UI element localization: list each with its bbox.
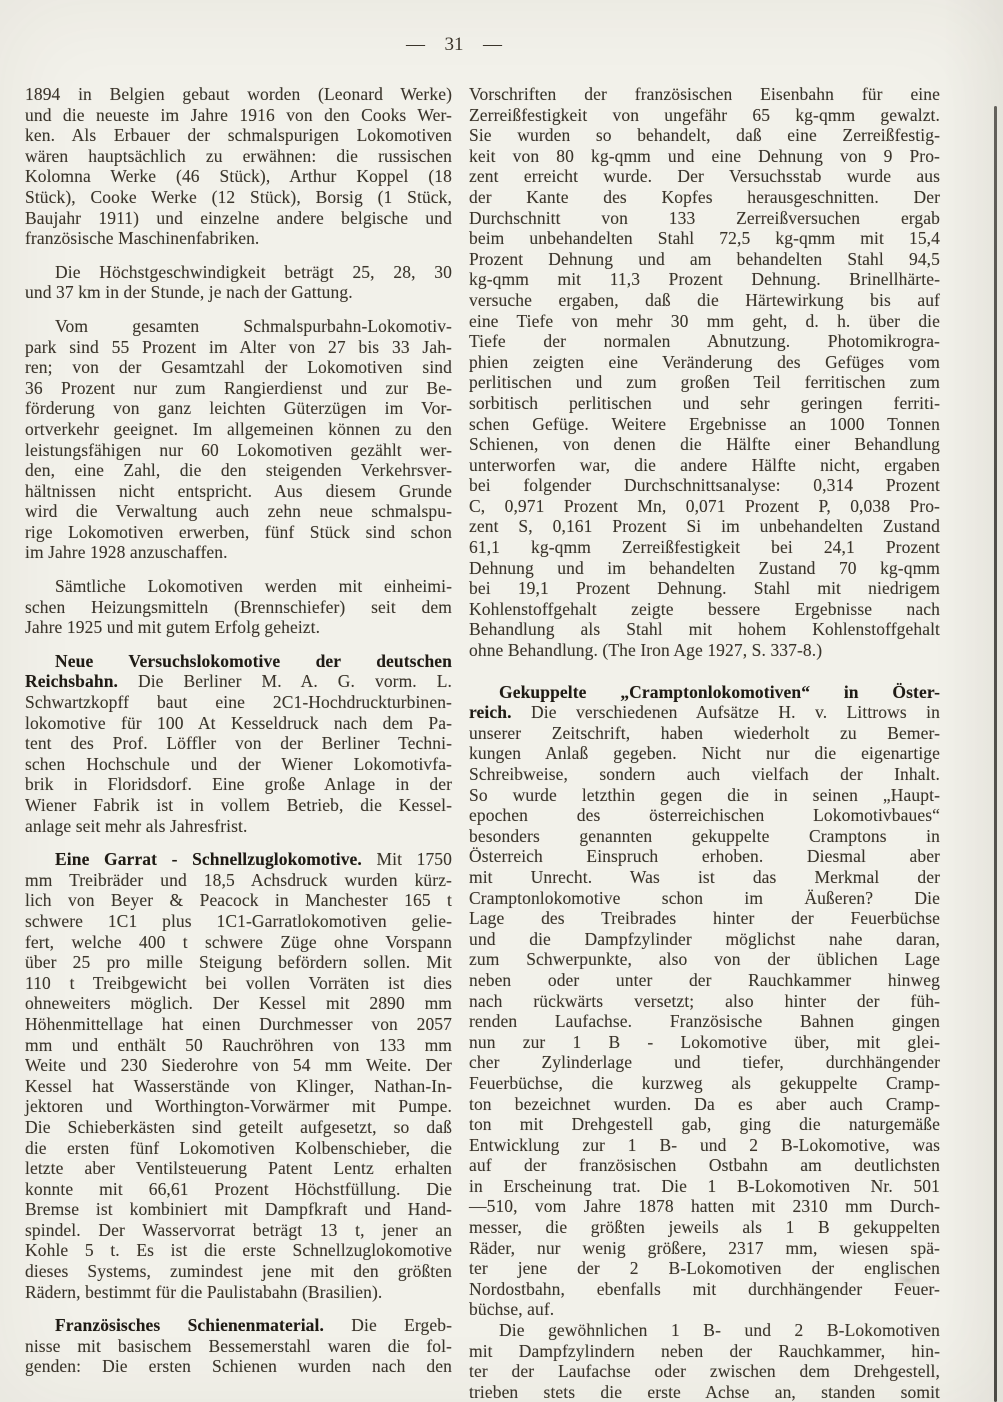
text-line: Höhenmittellage hat einen Durchmesser vo… [25,1014,452,1035]
text-line: unterworfen war, die andere Hälfte nicht… [469,455,940,476]
paragraph: Gekuppelte „Cramptonlokomotiven“ in Öste… [469,682,940,1320]
text-line: Reichsbahn. Die Berliner M. A. G. vorm. … [25,671,452,692]
text-line: park sind 55 Prozent im Alter von 27 bis… [25,337,452,358]
text-line: Behandlung als Stahl mit hohem Kohlensto… [469,619,940,640]
text-line: Gekuppelte „Cramptonlokomotiven“ in Öste… [469,682,940,703]
text-line: Vom gesamten Schmalspurbahn-Lokomotiv- [25,316,452,337]
text-line: kg-qmm mit 11,3 Prozent Dehnung. Brinell… [469,269,940,290]
text-line: Bremse ist kombiniert mit Dampfkraft und… [25,1199,452,1220]
text-line: ohne Behandlung. (The Iron Age 1927, S. … [469,640,940,661]
paragraph-lead-bold: Eine Garrat - Schnellzuglokomotive. [55,849,362,869]
text-line: Französisches Schienenmaterial. Die Erge… [25,1315,452,1336]
text-line: jektoren und Worthington-Vorwärmer mit P… [25,1096,452,1117]
text-line: französische Maschinenfabriken. [25,228,452,249]
text-line: phien zeigten eine Veränderung des Gefüg… [469,352,940,373]
text-line: schen Hochschule und der Wiener Lokomoti… [25,754,452,775]
header-dash-right: — [483,34,502,56]
text-line: Sie wurden so behandelt, daß eine Zerrei… [469,125,940,146]
text-line: brik in Floridsdorf. Eine große Anlage i… [25,774,452,795]
text-line: leistungsfähigen nur 60 Lokomotiven gezä… [25,440,452,461]
paragraph: Sämtliche Lokomotiven werden mit einheim… [25,576,452,638]
text-line: Österreich Einspruch erhoben. Diesmal ab… [469,846,940,867]
paragraph: Vom gesamten Schmalspurbahn-Lokomotiv-pa… [25,316,452,563]
text-line: bei 19,1 Prozent Dehnung. Stahl mit nied… [469,578,940,599]
text-line: 110 t Treibgewicht bei vollen Vorräten i… [25,973,452,994]
paragraph: Die Höchstgeschwindigkeit beträgt 25, 28… [25,262,452,303]
text-line: der Kante des Kopfes herausgeschnitten. … [469,187,940,208]
text-line: Schwartzkopff baut eine 2C1-Hochdrucktur… [25,692,452,713]
text-line: zum Schwerpunkte, also von der üblichen … [469,949,940,970]
text-line: Die gewöhnlichen 1 B- und 2 B-Lokomotive… [469,1320,940,1341]
text-line: ren; von der Gesamtzahl der Lokomotiven … [25,357,452,378]
text-line: cher Zylinderlage und tiefer, durchhänge… [469,1052,940,1073]
text-line: Cramptonlokomotive schon im Äußeren? Die [469,888,940,909]
text-line: hältnissen nicht entspricht. Aus diesem … [25,481,452,502]
text-line: Weite und 230 Siederohre von 54 mm Weite… [25,1055,452,1076]
text-line: letzte aber Ventilsteuerung Patent Lentz… [25,1158,452,1179]
text-line: dieses Systems, zumindest jene mit den g… [25,1261,452,1282]
text-line: nach rückwärts versetzt; also hinter der… [469,991,940,1012]
paragraph: Die gewöhnlichen 1 B- und 2 B-Lokomotive… [469,1320,940,1402]
text-line: Jahre 1925 und mit gutem Erfolg geheizt. [25,617,452,638]
scan-edge-line [994,106,997,1402]
paragraph-lead-bold: reich. [469,702,512,722]
text-line: Nordostbahn, ebenfalls mit durchhängende… [469,1279,940,1300]
text-line: sorbitisch perlitischen und sehr geringe… [469,393,940,414]
text-line: reich. Die verschiedenen Aufsätze H. v. … [469,702,940,723]
text-line: über 25 pro mille Steigung befördern sol… [25,952,452,973]
text-line: versuche ergaben, daß die Härtewirkung b… [469,290,940,311]
text-line: Zerreißfestigkeit von ungefähr 65 kg-qmm… [469,105,940,126]
text-line: schwere 1C1 plus 1C1-Garratlokomotiven g… [25,911,452,932]
text-line: Entwicklung zur 1 B- und 2 B-Lokomotive,… [469,1135,940,1156]
text-line: Stück), Cooke Werke (12 Stück), Borsig (… [25,187,452,208]
text-line: Lage des Treibrades hinter der Feuerbüch… [469,908,940,929]
text-line: büchse, auf. [469,1299,940,1320]
text-line: epochen des österreichischen Lokomotivba… [469,805,940,826]
text-line: Feuerbüchse, die kurzweg als gekuppelte … [469,1073,940,1094]
text-line: —510, vom Jahre 1878 hatten mit 2310 mm … [469,1196,940,1217]
text-line: ortverkehr geeignet. Im allgemeinen könn… [25,419,452,440]
text-line: kungen Anlaß gegeben. Nicht nur die eige… [469,743,940,764]
text-line: Baujahr 1911) und einzelne andere belgis… [25,208,452,229]
text-line: mm Treibräder und 18,5 Achsdruck wurden … [25,870,452,891]
text-line: Schreibweise, sondern auch vielfach der … [469,764,940,785]
paragraph: Vorschriften der französischen Eisenbahn… [469,84,940,661]
text-line: unserer Zeitschrift, haben wiederholt zu… [469,723,940,744]
text-line: ken. Als Erbauer der schmalspurigen Loko… [25,125,452,146]
text-line: Kessel hat Wasserstände von Klinger, Nat… [25,1076,452,1097]
text-line: messer, die größten jeweils als 1 B geku… [469,1217,940,1238]
text-line: mit Dampfzylindern neben der Rauchkammer… [469,1341,940,1362]
text-line: zent S, 0,161 Prozent Si im unbehandelte… [469,516,940,537]
right-column: Vorschriften der französischen Eisenbahn… [469,84,940,1402]
text-line: den, eine Zahl, die den steigenden Verke… [25,460,452,481]
text-line: ton bezeichnet wurden. Da es aber auch C… [469,1094,940,1115]
scanned-page: — 31 — 1894 in Belgien gebaut worden (Le… [0,0,1003,1402]
text-line: rige Lokomotiven erwerben, fünf Stück si… [25,522,452,543]
text-line: beim unbehandelten Stahl 72,5 kg-qmm mit… [469,228,940,249]
paragraph: Eine Garrat - Schnellzuglokomotive. Mit … [25,849,452,1302]
text-line: 1894 in Belgien gebaut worden (Leonard W… [25,84,452,105]
scan-smudge [893,1272,923,1288]
text-line: perlitischen und zum großen Teil ferriti… [469,372,940,393]
text-line: 36 Prozent nur zum Rangierdienst und zur… [25,378,452,399]
text-line: Die Höchstgeschwindigkeit beträgt 25, 28… [25,262,452,283]
text-line: Eine Garrat - Schnellzuglokomotive. Mit … [25,849,452,870]
paragraph-lead-bold: Neue Versuchslokomotive der deutschen [55,651,452,671]
text-line: Sämtliche Lokomotiven werden mit einheim… [25,576,452,597]
text-line: Prozent Dehnung und am behandelten Stahl… [469,249,940,270]
text-line: ter der Laufachse oder zwischen dem Dreh… [469,1361,940,1382]
text-line: schen Heizungsmitteln (Brennschiefer) se… [25,597,452,618]
text-line: förderung von ganz leichten Güterzügen i… [25,398,452,419]
text-line: Vorschriften der französischen Eisenbahn… [469,84,940,105]
text-line: eine Tiefe von mehr 30 mm geht, d. h. üb… [469,311,940,332]
paragraph-lead-bold: Reichsbahn. [25,671,118,691]
text-line: nisse mit basischem Bessemerstahl waren … [25,1336,452,1357]
text-line: mit Unrecht. Was ist das Merkmal der [469,867,940,888]
text-line: fert, welche 400 t schwere Züge ohne Vor… [25,932,452,953]
text-line: Die Schieberkästen sind geteilt aufgeset… [25,1117,452,1138]
text-line: mm und enthält 50 Rauchröhren von 133 mm [25,1035,452,1056]
text-line: neben oder unter der Rauchkammer hinweg [469,970,940,991]
text-line: Dehnung und im behandelten Zustand 70 kg… [469,558,940,579]
text-line: und 37 km in der Stunde, je nach der Gat… [25,282,452,303]
paragraph: 1894 in Belgien gebaut worden (Leonard W… [25,84,452,249]
text-line: konnte mit 66,61 Prozent Höchstfüllung. … [25,1179,452,1200]
page-header: — 31 — [406,34,502,56]
paragraph: Neue Versuchslokomotive der deutschenRei… [25,651,452,836]
text-line: lokomotive für 100 At Kesseldruck nach d… [25,713,452,734]
text-line: und die Dampfzylinder möglichst nahe dar… [469,929,940,950]
text-line: Schienen, von denen die Hälfte einer Beh… [469,434,940,455]
paragraph: Französisches Schienenmaterial. Die Erge… [25,1315,452,1377]
text-line: So wurde letzthin gegen die in seinen „H… [469,785,940,806]
text-line: Durchschnitt von 133 Zerreißversuchen er… [469,208,940,229]
text-line: Räder, nur wenig größere, 2317 mm, wiese… [469,1238,940,1259]
text-line: schen Gefüge. Weitere Ergebnisse an 1000… [469,414,940,435]
text-line: wären hauptsächlich zu erwähnen: die rus… [25,146,452,167]
header-dash-left: — [406,34,425,56]
text-line: die ersten fünf Lokomotiven Kolbenschieb… [25,1138,452,1159]
text-line: im Jahre 1928 anzuschaffen. [25,542,452,563]
text-line: tent des Prof. Löffler von der Berliner … [25,733,452,754]
text-line: keit von 80 kg-qmm und eine Dehnung von … [469,146,940,167]
text-line: nun zur 1 B - Lokomotive über, mit glei- [469,1032,940,1053]
text-line: ohneweiters möglich. Der Kessel mit 2890… [25,993,452,1014]
text-line: Kohle 5 t. Es ist die erste Schnellzuglo… [25,1240,452,1261]
text-line: besonders genannten gekuppelte Cramptons… [469,826,940,847]
text-line: auf der französischen Ostbahn am deutlic… [469,1155,940,1176]
text-line: Rädern, bestimmt für die Paulistabahn (B… [25,1282,452,1303]
text-line: Kohlenstoffgehalt zeigte bessere Ergebni… [469,599,940,620]
text-line: C, 0,971 Prozent Mn, 0,071 Prozent P, 0,… [469,496,940,517]
text-line: wird die Verwaltung auch zehn neue schma… [25,501,452,522]
text-line: Tiefe der normalen Abnutzung. Photomikro… [469,331,940,352]
text-line: bei folgender Durchschnittsanalyse: 0,31… [469,475,940,496]
text-line: 61,1 kg-qmm Zerreißfestigkeit bei 24,1 P… [469,537,940,558]
text-line: genden: Die ersten Schienen wurden nach … [25,1356,452,1377]
text-line: anlage seit mehr als Jahresfrist. [25,816,452,837]
text-line: und die neueste im Jahre 1916 von den Co… [25,105,452,126]
text-line: Kolomna Werke (46 Stück), Arthur Koppel … [25,166,452,187]
text-line: lich von Beyer & Peacock in Manchester 1… [25,890,452,911]
text-line: in Erscheinung trat. Die 1 B-Lokomotiven… [469,1176,940,1197]
text-line: ton mit Drehgestell gab, ging die naturg… [469,1114,940,1135]
paragraph-lead-bold: Gekuppelte „Cramptonlokomotiven“ in Öste… [499,682,940,702]
text-line: spindel. Der Wasservorrat beträgt 13 t, … [25,1220,452,1241]
text-line: renden Laufachse. Französische Bahnen gi… [469,1011,940,1032]
text-line: Neue Versuchslokomotive der deutschen [25,651,452,672]
page-number: 31 [445,34,464,56]
text-line: zent erreicht wurde. Der Versuchsstab wu… [469,166,940,187]
text-line: trieben stets die erste Achse an, stande… [469,1382,940,1402]
text-line: Wiener Fabrik ist in vollem Betrieb, die… [25,795,452,816]
text-line: ter jene der 2 B-Lokomotiven der englisc… [469,1258,940,1279]
paragraph-lead-bold: Französisches Schienenmaterial. [55,1315,324,1335]
left-column: 1894 in Belgien gebaut worden (Leonard W… [25,84,452,1377]
